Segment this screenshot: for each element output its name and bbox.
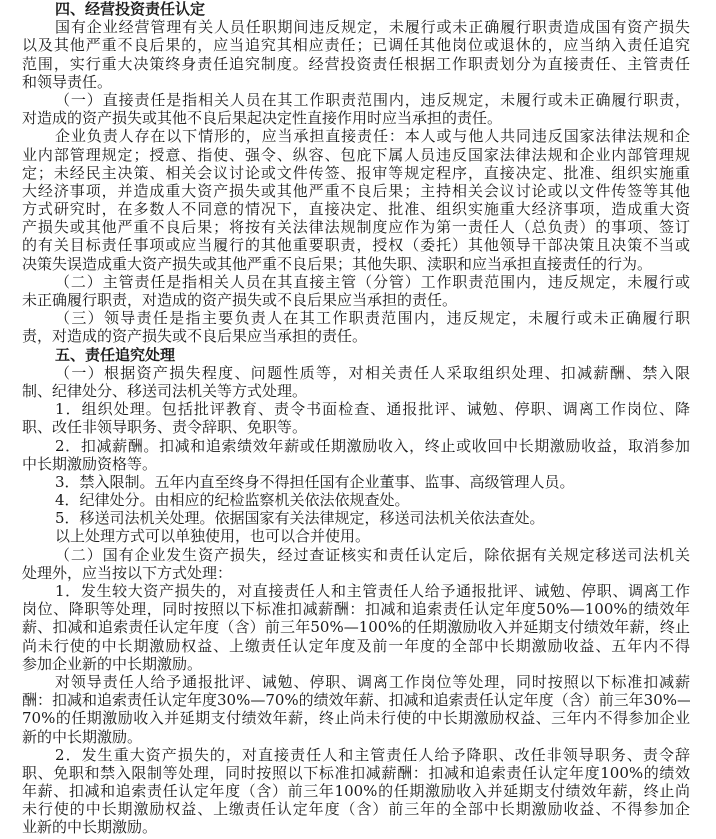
text-line: （二）国有企业发生资产损失，经过查证核实和责任认定后，除依据有关规定移送司法机关 — [22, 546, 690, 564]
text-line: 2．扣减薪酬。扣减和追索绩效年薪或任期激励收入，终止或收回中长期激励收益，取消参… — [22, 437, 690, 455]
text-line: 定；未经民主决策、相关会议讨论或文件传签、报审等规定程序，直接决定、批准、组织实… — [22, 164, 690, 182]
paragraph: 1．组织处理。包括批评教育、责令书面检查、通报批评、诫勉、停职、调离工作岗位、降… — [22, 400, 690, 436]
section-heading: 五、责任追究处理 — [22, 346, 690, 364]
paragraph: 2．发生重大资产损失的，对直接责任人和主管责任人给予降职、改任非领导职务、责令辞… — [22, 746, 690, 837]
text-line: （一）直接责任是指相关人员在其工作职责范围内，违反规定，未履行或未正确履行职责， — [22, 91, 690, 109]
text-line: 决策失误造成重大资产损失或其他严重不良后果；其他失职、渎职和应当承担直接责任的行… — [22, 255, 690, 273]
paragraph: 对领导责任人给予通报批评、诫勉、停职、调离工作岗位等处理，同时按照以下标准扣减薪… — [22, 673, 690, 746]
text-line: 国有企业经营管理有关人员任职期间违反规定，未履行或未正确履行职责造成国有资产损失 — [22, 18, 690, 36]
text-line: 以上处理方式可以单独使用，也可以合并使用。 — [22, 527, 690, 545]
paragraph: 4．纪律处分。由相应的纪检监察机关依法依规查处。 — [22, 491, 690, 509]
paragraph: 2．扣减薪酬。扣减和追索绩效年薪或任期激励收入，终止或收回中长期激励收益，取消参… — [22, 437, 690, 473]
text-line: 3．禁入限制。五年内直至终身不得担任国有企业董事、监事、高级管理人员。 — [22, 473, 690, 491]
text-line: 未行使的中长期激励权益、上缴责任认定年度（含）前三年的全部中长期激励收益、不得参… — [22, 800, 690, 818]
text-line: 1．发生较大资产损失的，对直接责任人和主管责任人给予通报批评、诫勉、停职、调离工… — [22, 582, 690, 600]
text-line: （二）主管责任是指相关人员在其直接主管（分管）工作职责范围内，违反规定，未履行或 — [22, 273, 690, 291]
text-line: 参加企业新的中长期激励。 — [22, 655, 690, 673]
text-line: 以及其他严重不良后果的，应当追究其相应责任；已调任其他岗位或退休的，应当纳入责任… — [22, 36, 690, 54]
text-line: 年薪、扣减和追索责任认定年度（含）前三年100%的任期激励收入并延期支付绩效年薪… — [22, 782, 690, 800]
text-line: 产损失或其他严重不良后果；将按有关法律法规制度应作为第一责任人（总负责）的事项、… — [22, 218, 690, 236]
paragraph: 1．发生较大资产损失的，对直接责任人和主管责任人给予通报批评、诫勉、停职、调离工… — [22, 582, 690, 673]
paragraph: （二）国有企业发生资产损失，经过查证核实和责任认定后，除依据有关规定移送司法机关… — [22, 546, 690, 582]
paragraph: 国有企业经营管理有关人员任职期间违反规定，未履行或未正确履行职责造成国有资产损失… — [22, 18, 690, 91]
section-heading: 四、经营投资责任认定 — [22, 0, 690, 18]
paragraph: 以上处理方式可以单独使用，也可以合并使用。 — [22, 527, 690, 545]
paragraph: 3．禁入限制。五年内直至终身不得担任国有企业董事、监事、高级管理人员。 — [22, 473, 690, 491]
text-line: 对造成的资产损失或其他不良后果起决定性直接作用时应当承担的责任。 — [22, 109, 690, 127]
text-line: 中长期激励资格等。 — [22, 455, 690, 473]
text-line: 业内部管理规定；授意、指使、强令、纵容、包庇下属人员违反国家法律法规和企业内部管… — [22, 146, 690, 164]
paragraph: （三）领导责任是指主要负责人在其工作职责范围内，违反规定，未履行或未正确履行职责… — [22, 309, 690, 345]
text-line: 岗位、降职等处理，同时按照以下标准扣减薪酬：扣减和追索责任认定年度50%—100… — [22, 600, 690, 618]
paragraph: （一）根据资产损失程度、问题性质等，对相关责任人采取组织处理、扣减薪酬、禁入限制… — [22, 364, 690, 400]
text-line: 大经济事项，并造成重大资产损失或其他严重不良后果；主持相关会议讨论或以文件传签等… — [22, 182, 690, 200]
paragraph: 5．移送司法机关处理。依据国家有关法律规定，移送司法机关依法查处。 — [22, 509, 690, 527]
text-line: 酬：扣减和追索责任认定年度30%—70%的绩效年薪、扣减和追索责任认定年度（含）… — [22, 691, 690, 709]
paragraph: （二）主管责任是指相关人员在其直接主管（分管）工作职责范围内，违反规定，未履行或… — [22, 273, 690, 309]
text-line: 责，对造成的资产损失或不良后果应当承担的责任。 — [22, 327, 690, 345]
text-line: 薪、扣减和追索责任认定年度（含）前三年50%—100%的任期激励收入并延期支付绩… — [22, 618, 690, 636]
text-line: 和领导责任。 — [22, 73, 690, 91]
text-line: 四、经营投资责任认定 — [22, 0, 690, 18]
paragraph: （一）直接责任是指相关人员在其工作职责范围内，违反规定，未履行或未正确履行职责，… — [22, 91, 690, 127]
text-line: 新的中长期激励。 — [22, 728, 690, 746]
text-line: 范围，实行重大决策终身责任追究制度。经营投资责任根据工作职责划分为直接责任、主管… — [22, 55, 690, 73]
text-line: 职、改任非领导职务、责令辞职、免职等。 — [22, 418, 690, 436]
document-body: 四、经营投资责任认定国有企业经营管理有关人员任职期间违反规定，未履行或未正确履行… — [22, 0, 690, 837]
text-line: 尚未行使的中长期激励权益、上缴责任认定年度及前一年度的全部中长期激励收益、五年内… — [22, 637, 690, 655]
text-line: 的有关目标责任事项或应当履行的其他重要职责，授权（委托）其他领导干部决策且决策不… — [22, 236, 690, 254]
text-line: 未正确履行职责，对造成的资产损失或不良后果应当承担的责任。 — [22, 291, 690, 309]
text-line: 对领导责任人给予通报批评、诫勉、停职、调离工作岗位等处理，同时按照以下标准扣减薪 — [22, 673, 690, 691]
text-line: 70%的任期激励收入并延期支付绩效年薪，终止尚未行使的中长期激励权益、三年内不得… — [22, 709, 690, 727]
text-line: 1．组织处理。包括批评教育、责令书面检查、通报批评、诫勉、停职、调离工作岗位、降 — [22, 400, 690, 418]
text-line: （三）领导责任是指主要负责人在其工作职责范围内，违反规定，未履行或未正确履行职 — [22, 309, 690, 327]
text-line: 方式研究时，在多数人不同意的情况下，直接决定、批准、组织实施重大经济事项，造成重… — [22, 200, 690, 218]
text-line: 制、纪律处分、移送司法机关等方式处理。 — [22, 382, 690, 400]
text-line: 5．移送司法机关处理。依据国家有关法律规定，移送司法机关依法查处。 — [22, 509, 690, 527]
text-line: 业新的中长期激励。 — [22, 818, 690, 836]
text-line: （一）根据资产损失程度、问题性质等，对相关责任人采取组织处理、扣减薪酬、禁入限 — [22, 364, 690, 382]
paragraph: 企业负责人存在以下情形的，应当承担直接责任：本人或与他人共同违反国家法律法规和企… — [22, 127, 690, 273]
text-line: 处理外，应当按以下方式处理： — [22, 564, 690, 582]
text-line: 五、责任追究处理 — [22, 346, 690, 364]
text-line: 2．发生重大资产损失的，对直接责任人和主管责任人给予降职、改任非领导职务、责令辞 — [22, 746, 690, 764]
text-line: 企业负责人存在以下情形的，应当承担直接责任：本人或与他人共同违反国家法律法规和企 — [22, 127, 690, 145]
text-line: 4．纪律处分。由相应的纪检监察机关依法依规查处。 — [22, 491, 690, 509]
text-line: 职、免职和禁入限制等处理，同时按照以下标准扣减薪酬：扣减和追索责任认定年度100… — [22, 764, 690, 782]
